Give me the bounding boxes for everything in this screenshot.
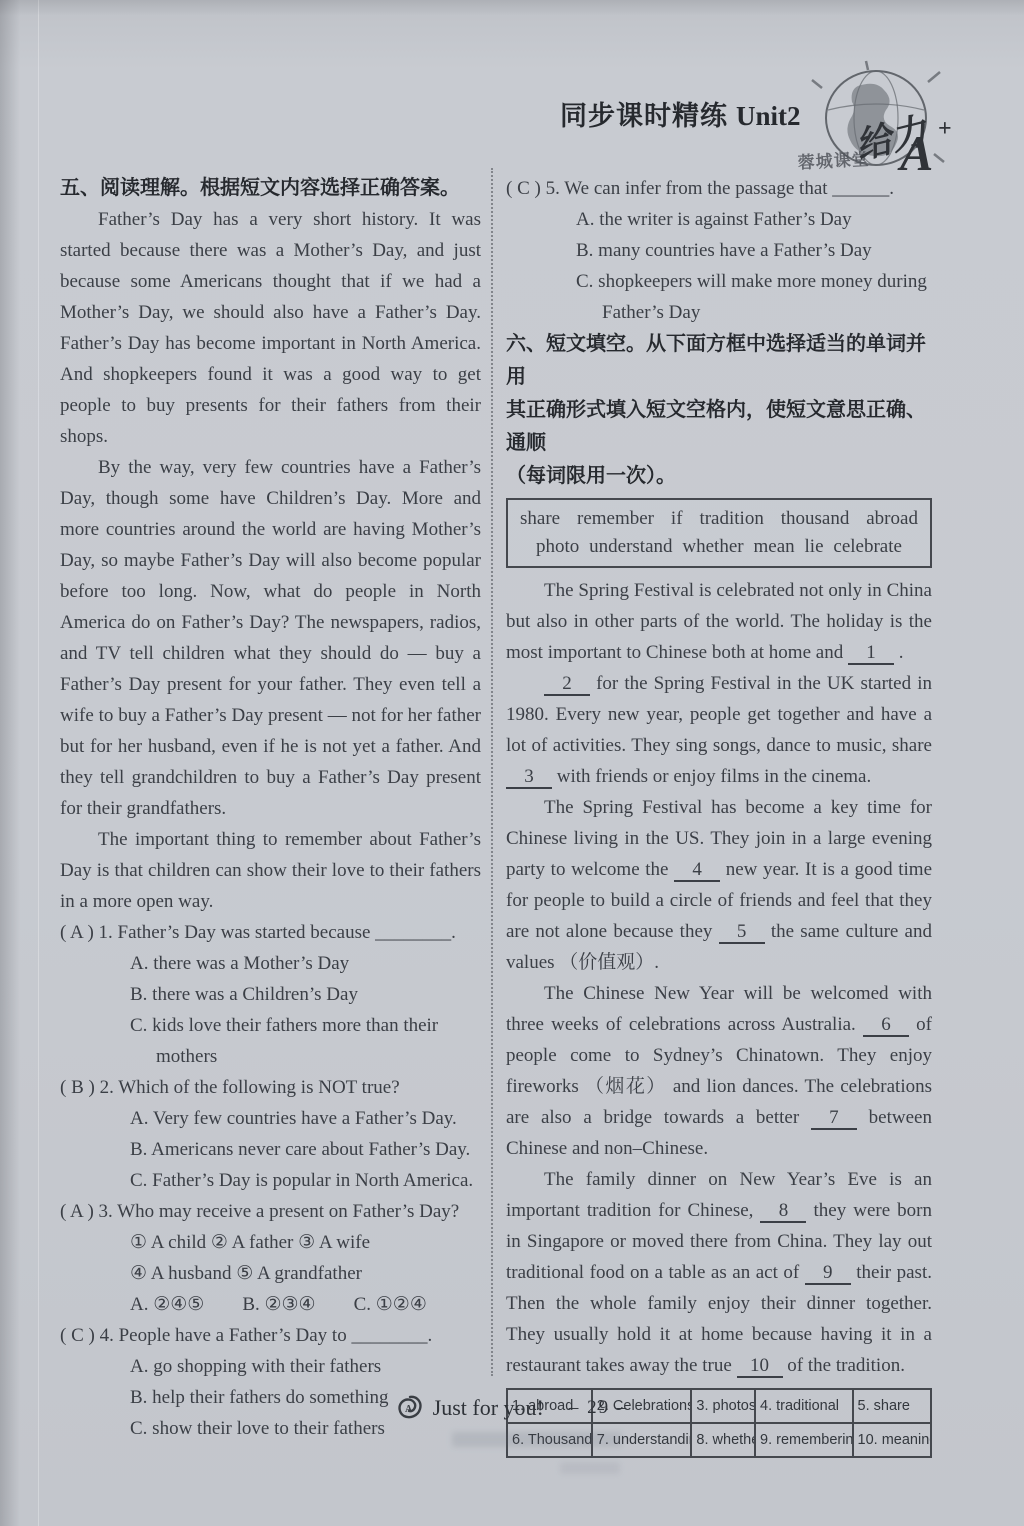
section6-heading-line: 其正确形式填入短文空格内，使短文意思正确、通顺 [506, 394, 932, 460]
question-option: A. the writer is against Father’s Day [506, 204, 932, 235]
question-option: ④ A husband ⑤ A grandfather [60, 1258, 481, 1289]
section5-heading: 五、阅读理解。根据短文内容选择正确答案。 [60, 173, 481, 204]
right-column: ( C ) 5. We can infer from the passage t… [506, 173, 932, 1458]
word-bank-word: lie [805, 533, 824, 561]
fill-blank-3: 3 [506, 767, 552, 789]
scan-fold-line [38, 0, 39, 1526]
question-option: C. shopkeepers will make more money duri… [506, 266, 932, 328]
page-title-unit: Unit2 [736, 101, 801, 131]
word-bank-word: share [520, 505, 560, 533]
word-bank-word: whether [682, 533, 743, 561]
word-bank-word: abroad [866, 505, 918, 533]
question-option: A. ②④⑤ B. ②③④ C. ①②④ [60, 1289, 481, 1320]
footer-logo-letter: A [405, 1404, 413, 1415]
word-bank-word: celebrate [833, 533, 902, 561]
question-option: ① A child ② A father ③ A wife [60, 1227, 481, 1258]
page-title: 同步课时精练Unit2 [560, 94, 801, 133]
question: ( A ) 3. Who may receive a present on Fa… [60, 1196, 481, 1320]
passage-paragraph: The Spring Festival has become a key tim… [506, 792, 932, 978]
section6-heading-line: 六、短文填空。从下面方框中选择适当的单词并用 [506, 328, 932, 394]
answer-cell: 9. remembering [755, 1423, 853, 1457]
fill-blank-2: 2 [544, 674, 590, 696]
question-stem: ( C ) 4. People have a Father’s Day to _… [60, 1320, 481, 1351]
word-bank-word: remember [577, 505, 654, 533]
question-option: A. there was a Mother’s Day [60, 948, 481, 979]
word-bank-box: sharerememberiftraditionthousandabroadph… [506, 498, 932, 568]
question: ( C ) 5. We can infer from the passage t… [506, 173, 932, 328]
answer-cell: 10. meaning [853, 1423, 931, 1457]
fill-blank-1: 1 [848, 643, 894, 665]
fill-blank-7: 7 [811, 1108, 857, 1130]
question-stem: ( A ) 1. Father’s Day was started becaus… [60, 917, 481, 948]
passage-paragraph: The Spring Festival is celebrated not on… [506, 575, 932, 668]
word-bank-word: photo [536, 533, 579, 561]
question-option: A. Very few countries have a Father’s Da… [60, 1103, 481, 1134]
question-stem: ( C ) 5. We can infer from the passage t… [506, 173, 932, 204]
question-option: C. Father’s Day is popular in North Amer… [60, 1165, 481, 1196]
question-stem: ( B ) 2. Which of the following is NOT t… [60, 1072, 481, 1103]
passage-paragraph: By the way, very few countries have a Fa… [60, 452, 481, 824]
word-bank-word: mean [753, 533, 794, 561]
question-option: B. there was a Children’s Day [60, 979, 481, 1010]
question: ( C ) 4. People have a Father’s Day to _… [60, 1320, 481, 1444]
fill-blank-10: 10 [737, 1356, 783, 1378]
section6-heading: 六、短文填空。从下面方框中选择适当的单词并用其正确形式填入短文空格内，使短文意思… [506, 328, 932, 493]
passage-paragraph: The important thing to remember about Fa… [60, 824, 481, 917]
section6-heading-line: （每词限用一次）。 [506, 460, 932, 493]
brand-logo: 蓉城课堂 给力 A + [798, 58, 970, 190]
page-footer: A Just for you! – 29 – [0, 1394, 1024, 1422]
word-bank-word: tradition [699, 505, 763, 533]
word-bank-row: sharerememberiftraditionthousandabroad [520, 505, 918, 533]
answer-cell: 8. whether [691, 1423, 755, 1457]
fill-blank-6: 6 [863, 1015, 909, 1037]
question: ( A ) 1. Father’s Day was started becaus… [60, 917, 481, 1072]
question-option: C. kids love their fathers more than the… [60, 1010, 481, 1072]
section5-question5: ( C ) 5. We can infer from the passage t… [506, 173, 932, 328]
column-divider [491, 168, 493, 1376]
fill-blank-9: 9 [805, 1263, 851, 1285]
logo-grade-plus: + [938, 116, 952, 142]
scan-bleedthrough-mark [560, 1462, 620, 1474]
question-option: B. many countries have a Father’s Day [506, 235, 932, 266]
word-bank-word: thousand [781, 505, 850, 533]
workbook-page: 同步课时精练Unit2 蓉城课堂 给力 A + 五、阅读理解。根据短文内容选择正… [0, 0, 1024, 1526]
question-option: A. go shopping with their fathers [60, 1351, 481, 1382]
left-column: 五、阅读理解。根据短文内容选择正确答案。 Father’s Day has a … [60, 173, 481, 1444]
word-bank-row: photounderstandwhethermeanliecelebrate [520, 533, 918, 561]
footer-brand: Just for you! [433, 1395, 544, 1421]
word-bank-word: if [671, 505, 683, 533]
section5-passage: Father’s Day has a very short history. I… [60, 204, 481, 917]
word-bank-word: understand [589, 533, 672, 561]
question-stem: ( A ) 3. Who may receive a present on Fa… [60, 1196, 481, 1227]
question-option: B. Americans never care about Father’s D… [60, 1134, 481, 1165]
scan-bleedthrough-mark [452, 1432, 622, 1447]
section5-questions: ( A ) 1. Father’s Day was started becaus… [60, 917, 481, 1444]
passage-paragraph: The Chinese New Year will be welcomed wi… [506, 978, 932, 1164]
fill-blank-4: 4 [674, 860, 720, 882]
passage-paragraph: 2 for the Spring Festival in the UK star… [506, 668, 932, 792]
fill-blank-8: 8 [760, 1201, 806, 1223]
fill-blank-5: 5 [719, 922, 765, 944]
section6-passage: The Spring Festival is celebrated not on… [506, 575, 932, 1381]
page-title-zh: 同步课时精练 [560, 101, 728, 131]
passage-paragraph: The family dinner on New Year’s Eve is a… [506, 1164, 932, 1381]
question: ( B ) 2. Which of the following is NOT t… [60, 1072, 481, 1196]
footer-logo-icon: A [396, 1394, 424, 1422]
footer-page-number: – 29 – [569, 1397, 629, 1419]
passage-paragraph: Father’s Day has a very short history. I… [60, 204, 481, 452]
